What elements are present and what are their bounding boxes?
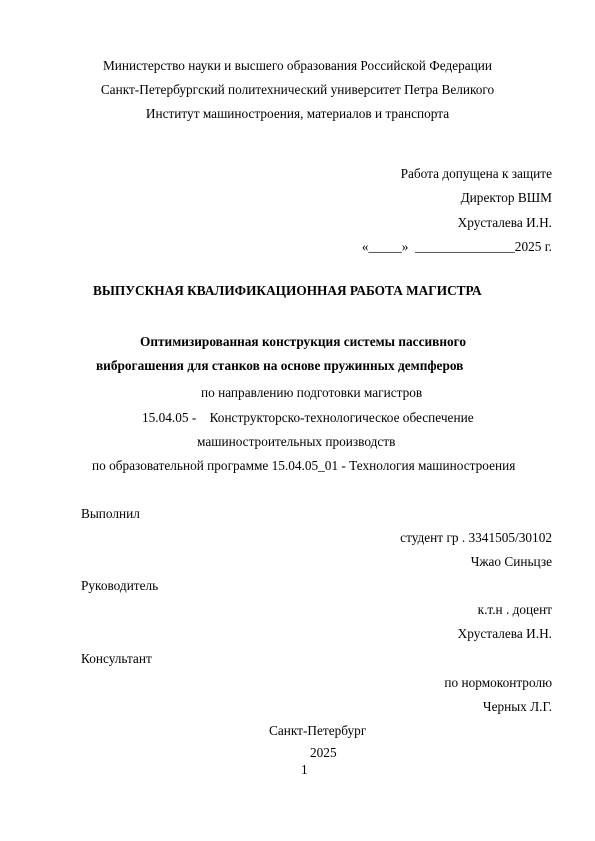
supervisor-label: Руководитель xyxy=(81,578,158,594)
page-number: 1 xyxy=(301,762,308,778)
approval-position: Директор ВШМ xyxy=(461,190,552,206)
direction-code-line: 15.04.05 - Конструкторско-технологическо… xyxy=(142,410,474,426)
performer-label: Выполнил xyxy=(81,506,140,522)
thesis-title-line-2: виброгашения для станков на основе пружи… xyxy=(96,358,463,374)
city: Санкт-Петербург xyxy=(269,723,366,739)
year: 2025 xyxy=(310,745,337,761)
direction-intro: по направлению подготовки магистров xyxy=(201,385,422,401)
work-type-heading: ВЫПУСКНАЯ КВАЛИФИКАЦИОННАЯ РАБОТА МАГИСТ… xyxy=(93,283,482,299)
university-name: Санкт-Петербургский политехнический унив… xyxy=(0,82,595,98)
consultant-role: по нормоконтролю xyxy=(444,675,552,691)
approval-date-line: «_____» _______________2025 г. xyxy=(362,239,552,255)
supervisor-name: Хрусталева И.Н. xyxy=(458,626,552,642)
approval-admitted: Работа допущена к защите xyxy=(401,166,552,182)
direction-code-line-2: машиностроительных производств xyxy=(197,434,395,450)
program-line: по образовательной программе 15.04.05_01… xyxy=(92,458,515,474)
institute-name: Институт машиностроения, материалов и тр… xyxy=(0,106,595,122)
performer-name: Чжао Синьцзе xyxy=(471,554,552,570)
consultant-label: Консультант xyxy=(81,651,152,667)
performer-group: студент гр . 3341505/30102 xyxy=(400,530,552,546)
supervisor-degree: к.т.н . доцент xyxy=(478,602,552,618)
ministry-name: Министерство науки и высшего образования… xyxy=(0,58,595,74)
approval-name: Хрусталева И.Н. xyxy=(458,215,552,231)
thesis-title-line-1: Оптимизированная конструкция системы пас… xyxy=(140,334,466,350)
consultant-name: Черных Л.Г. xyxy=(483,699,552,715)
